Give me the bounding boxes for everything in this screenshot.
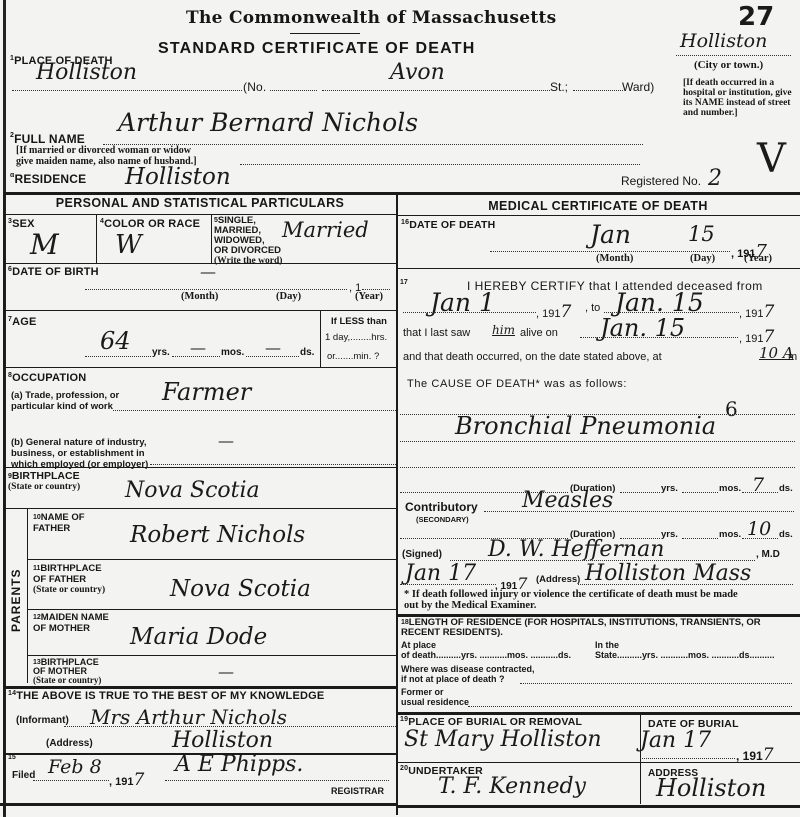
registrar-value: A E Phipps. [175,752,303,777]
title-rule [290,33,360,34]
pronoun-value: him [492,323,515,337]
color-value: W [115,230,142,260]
death-day-value: 15 [688,222,715,246]
mother-birthplace-label: 13BIRTHPLACE OF MOTHER (State or country… [33,658,101,685]
undertaker-value: T. F. Kennedy [438,774,586,799]
burial-date-value: Jan 17 [640,728,711,753]
attended-to-value: Jan. 15 [615,288,704,317]
father-birthplace-label: 11BIRTHPLACE OF FATHER (State or country… [33,563,105,596]
check-mark: V [757,136,786,182]
year-label: (Year) [355,291,383,302]
filed-year-value: 7 [133,770,144,790]
date-of-birth-label: 6DATE OF BIRTH [8,266,99,278]
stamp-number: 27 [738,2,774,32]
place-of-death-value: Holliston [36,60,137,85]
occupation-b-label: (b) General nature of industry, business… [11,437,148,470]
personal-section-title: PERSONAL AND STATISTICAL PARTICULARS [5,196,395,210]
former-residence-field: Former or usual residence [401,687,469,707]
undertaker-address-value: Holliston [656,774,766,802]
age-months-value: — [190,338,206,357]
age-years-value: 64 [100,327,131,355]
filed-label: Filed [12,770,35,781]
disease-contracted-field: Where was disease contracted, if not at … [401,664,535,684]
signed-label: (Signed) [402,549,442,560]
contributory-duration-days: 10 [747,518,771,540]
informant-heading: 14THE ABOVE IS TRUE TO THE BEST OF MY KN… [8,690,324,702]
attended-from-value: Jan 1 [430,288,495,317]
registered-no-value: 2 [708,166,722,191]
mother-name-label: 12MAIDEN NAME OF MOTHER [33,612,109,634]
attended-from-year: 7 [560,302,571,322]
sex-value: M [30,228,59,261]
father-name-label: 10NAME OF FATHER [33,512,85,534]
center-divider [396,193,398,815]
cause-of-death-value: Bronchial Pneumonia [455,412,716,440]
form-title: STANDARD CERTIFICATE OF DEATH [158,40,475,58]
ward-label: Ward) [622,80,654,94]
age-days-value: — [265,338,281,357]
cause-of-death-heading: The CAUSE OF DEATH* was as follows: [407,378,627,390]
no-label: (No. [243,80,266,94]
mother-name-value: Maria Dode [130,624,267,650]
physician-address-value: Holliston Mass [585,561,751,586]
informant-address-label: (Address) [46,738,93,749]
industry-value: — [218,431,234,450]
mother-birthplace-value: — [218,662,234,681]
occupation-a-label: (a) Trade, profession, or particular kin… [11,390,119,412]
registrar-label: REGISTRAR [331,786,384,796]
medical-examiner-footnote: * If death followed injury or violence t… [404,589,738,611]
physician-signature: D. W. Heffernan [488,537,664,562]
occupation-value: Farmer [162,378,251,406]
divider [3,192,800,195]
full-name-value: Arthur Bernard Nichols [118,108,418,137]
at-place-of-death-field: At place of death..........yrs. ........… [401,640,571,660]
filed-date-value: Feb 8 [48,756,102,778]
burial-place-value: St Mary Holliston [404,727,602,752]
father-birthplace-value: Nova Scotia [170,576,311,602]
month-label: (Month) [181,291,218,302]
occupation-label: 8OCCUPATION [8,372,86,384]
father-name-value: Robert Nichols [130,522,305,548]
length-of-residence-heading: 18LENGTH OF RESIDENCE (FOR HOSPITALS, IN… [401,618,761,638]
attended-to-year: 7 [763,302,774,322]
less-than-label: If LESS than [331,317,387,327]
registered-no-label: Registered No. [621,174,701,188]
death-month-value: Jan [590,220,631,249]
signed-date-value: Jan 17 [405,561,476,586]
institution-note: [If death occurred in a hospital or inst… [683,78,795,118]
birthplace-label: 9BIRTHPLACE (State or country) [8,471,80,493]
contributory-value: Measles [522,488,613,513]
color-label: 4COLOR OR RACE [100,218,200,230]
city-label: (City or town.) [694,59,763,71]
date-of-death-label: 16DATE OF DEATH [401,219,495,231]
medical-section-title: MEDICAL CERTIFICATE OF DEATH [398,199,798,213]
birthplace-value: Nova Scotia [125,478,260,503]
in-state-field: In the State..........yrs. ...........mo… [595,640,775,660]
parents-label: PARENTS [9,569,23,632]
informant-value: Mrs Arthur Nichols [90,705,287,729]
marital-value: Married [282,218,369,242]
full-name-label: 2FULL NAME [10,132,85,146]
residence-value: Holliston [125,164,231,190]
informant-label: (Informant) [16,715,69,726]
st-label: St.; [550,80,568,94]
day-label: (Day) [276,291,301,302]
state-title: The Commonwealth of Massachusetts [186,8,557,28]
street-value: Avon [390,60,445,85]
contributory-label: Contributory [405,500,478,514]
city-value: Holliston [680,30,767,52]
informant-address-value: Holliston [172,728,273,753]
date-of-birth-value: — [200,262,216,281]
residence-label: αRESIDENCE [10,172,86,186]
marital-label: 5SINGLE, MARRIED, WIDOWED, OR DIVORCED (… [214,216,282,266]
age-label: 7AGE [8,316,37,328]
death-certificate: The Commonwealth of Massachusetts STANDA… [0,0,800,817]
last-saw-value: Jan. 15 [600,314,685,342]
cause-code: 6 [725,397,738,421]
